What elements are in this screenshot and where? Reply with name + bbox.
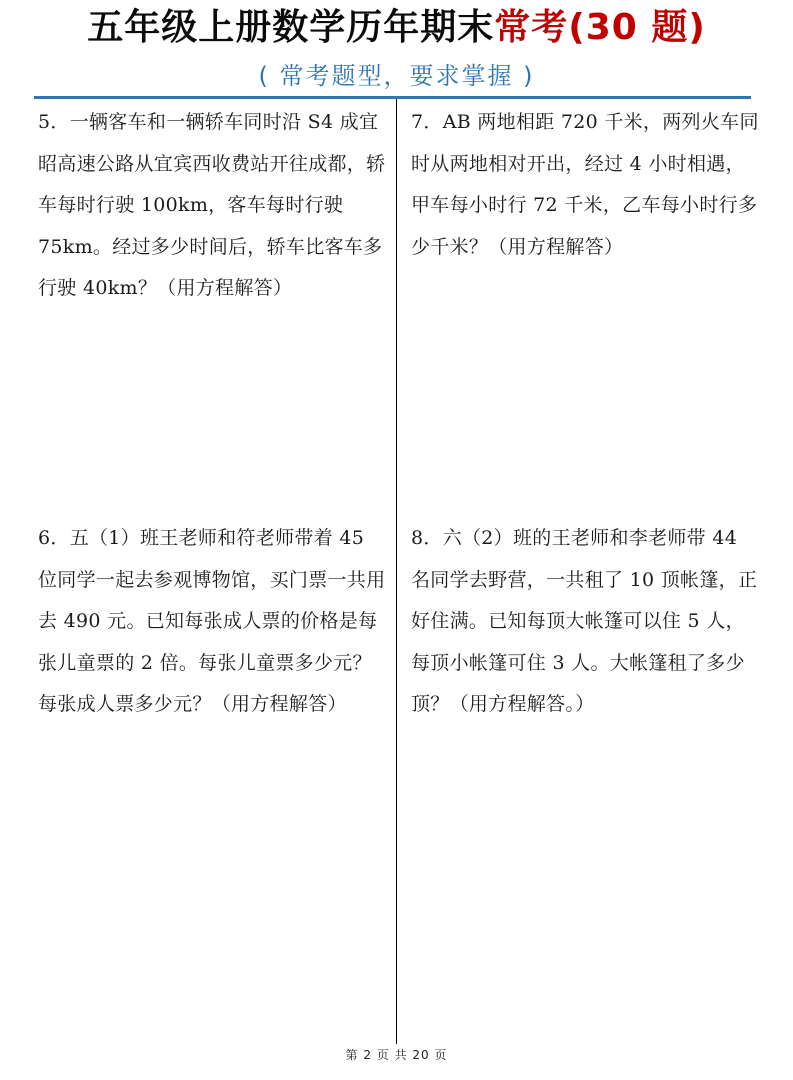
title-highlight: 常考(30 题) <box>494 7 706 48</box>
question-7: 7．AB 两地相距 720 千米，两列火车同时从两地相对开出，经过 4 小时相遇… <box>411 102 761 268</box>
question-6: 6．五（1）班王老师和符老师带着 45 位同学一起去参观博物馆，买门票一共用去 … <box>38 518 386 726</box>
column-divider <box>396 99 397 1044</box>
question-8: 8．六（2）班的王老师和李老师带 44 名同学去野营，一共租了 10 顶帐篷，正… <box>411 518 761 726</box>
question-5: 5．一辆客车和一辆轿车同时沿 S4 成宜昭高速公路从宜宾西收费站开往成都，轿车每… <box>38 102 386 310</box>
page-subtitle: ( 常考题型，要求掌握 ) <box>0 60 793 92</box>
page-title: 五年级上册数学历年期末常考(30 题) <box>0 4 793 52</box>
header-rule <box>34 96 751 99</box>
page-number: 第 2 页 共 20 页 <box>0 1046 793 1063</box>
title-main: 五年级上册数学历年期末 <box>87 7 494 48</box>
